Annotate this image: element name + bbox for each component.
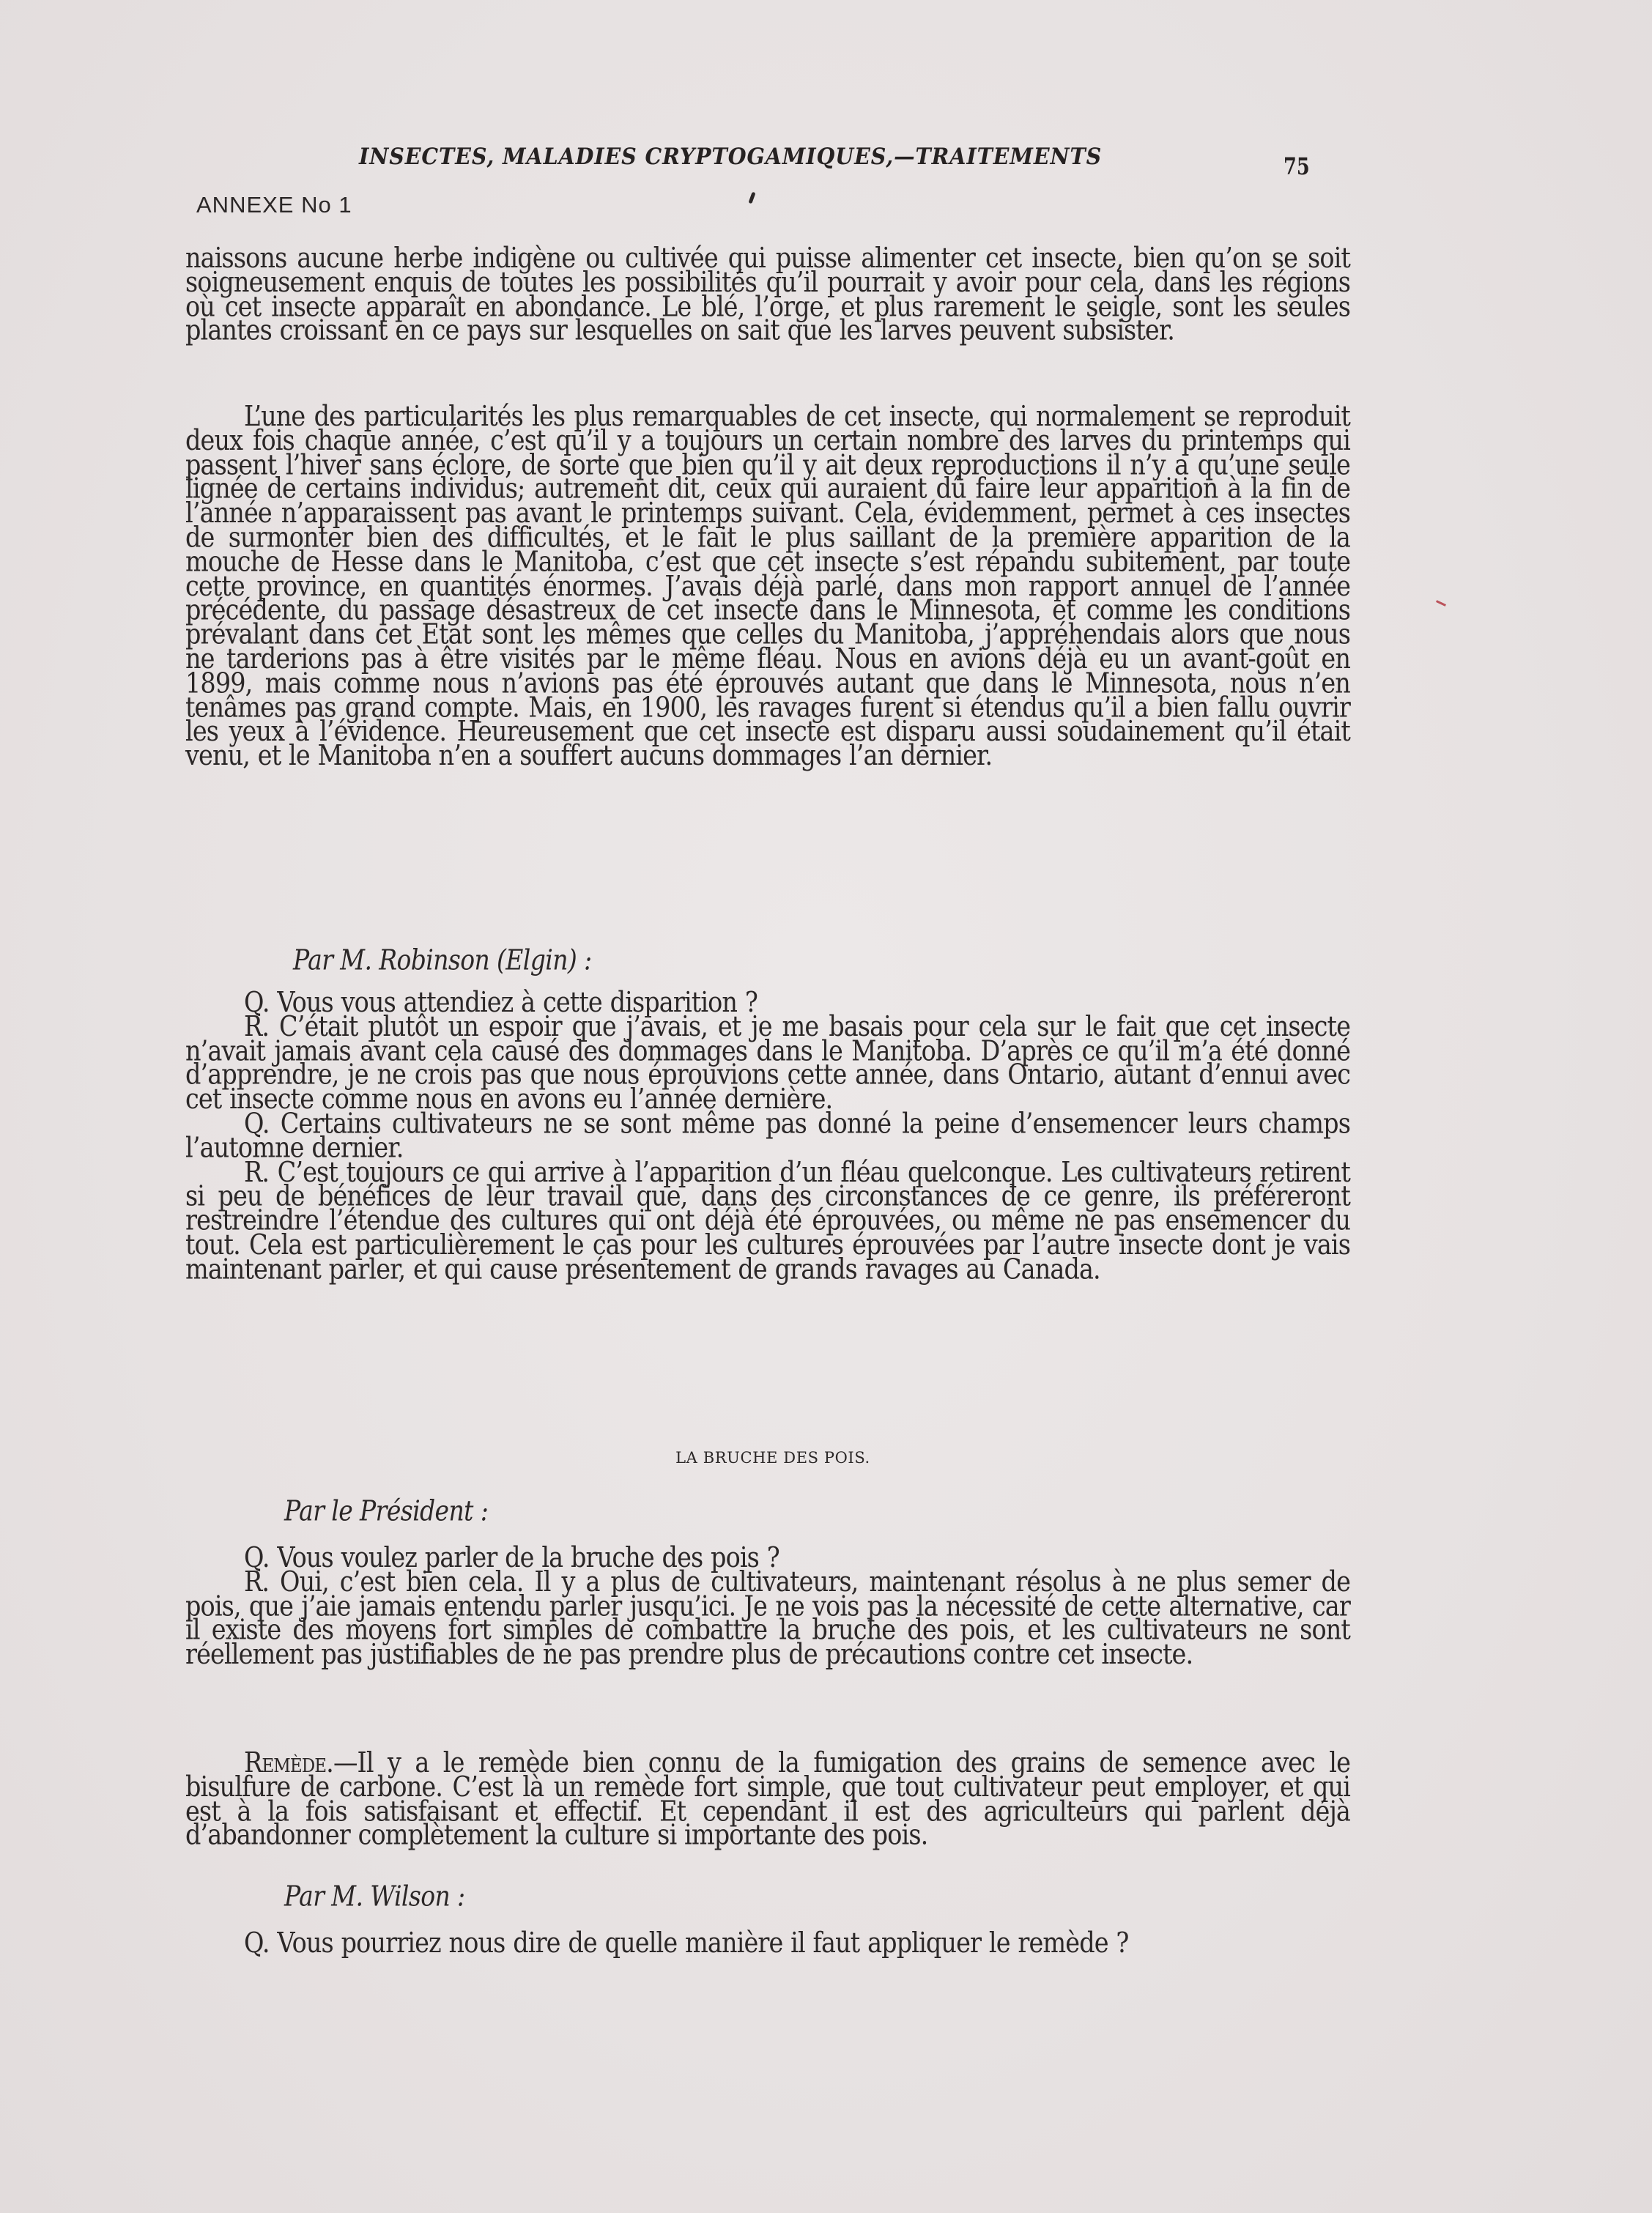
remedy-text: —Il y a le remède bien connu de la fumig… xyxy=(185,1746,1350,1851)
speaker-president: Par le Président : xyxy=(284,1494,488,1527)
answer-2: R. C’est toujours ce qui arrive à l’appa… xyxy=(185,1160,1350,1282)
body-paragraph-2: L’une des particularités les plus remarq… xyxy=(185,404,1350,768)
dialogue-3-block: Q. Vous pourriez nous dire de quelle man… xyxy=(185,1931,1350,1955)
answer-1: R. C’était plutôt un espoir que j’avais,… xyxy=(185,1015,1350,1111)
page-number: 75 xyxy=(1284,152,1310,180)
body-paragraph-1: naissons aucune herbe indigène ou cultiv… xyxy=(185,246,1350,343)
body-paragraph-1-block: naissons aucune herbe indigène ou cultiv… xyxy=(185,246,1350,343)
remedy-paragraph: Remède.—Il y a le remède bien connu de l… xyxy=(185,1751,1350,1847)
margin-mark xyxy=(1436,600,1446,607)
speaker-robinson: Par M. Robinson (Elgin) : xyxy=(293,944,592,976)
remedy-block: Remède.—Il y a le remède bien connu de l… xyxy=(185,1751,1350,1847)
ink-speck xyxy=(748,192,755,204)
dialogue-1-block: Q. Vous vous attendiez à cette dispariti… xyxy=(185,990,1350,1281)
section-title: LA BRUCHE DES POIS. xyxy=(0,1449,1546,1467)
question-2: Q. Certains cultivateurs ne se sont même… xyxy=(185,1112,1350,1160)
dialogue-2-block: Q. Vous voulez parler de la bruche des p… xyxy=(185,1546,1350,1667)
annexe-label: ANNEXE No 1 xyxy=(196,192,352,218)
document-page: INSECTES, MALADIES CRYPTOGAMIQUES,—TRAIT… xyxy=(0,0,1652,2213)
body-paragraph-2-block: L’une des particularités les plus remarq… xyxy=(185,404,1350,768)
speaker-wilson: Par M. Wilson : xyxy=(284,1880,465,1913)
answer-3: R. Oui, c’est bien cela. Il y a plus de … xyxy=(185,1570,1350,1667)
running-title: INSECTES, MALADIES CRYPTOGAMIQUES,—TRAIT… xyxy=(359,144,1102,170)
question-4: Q. Vous pourriez nous dire de quelle man… xyxy=(185,1931,1350,1955)
